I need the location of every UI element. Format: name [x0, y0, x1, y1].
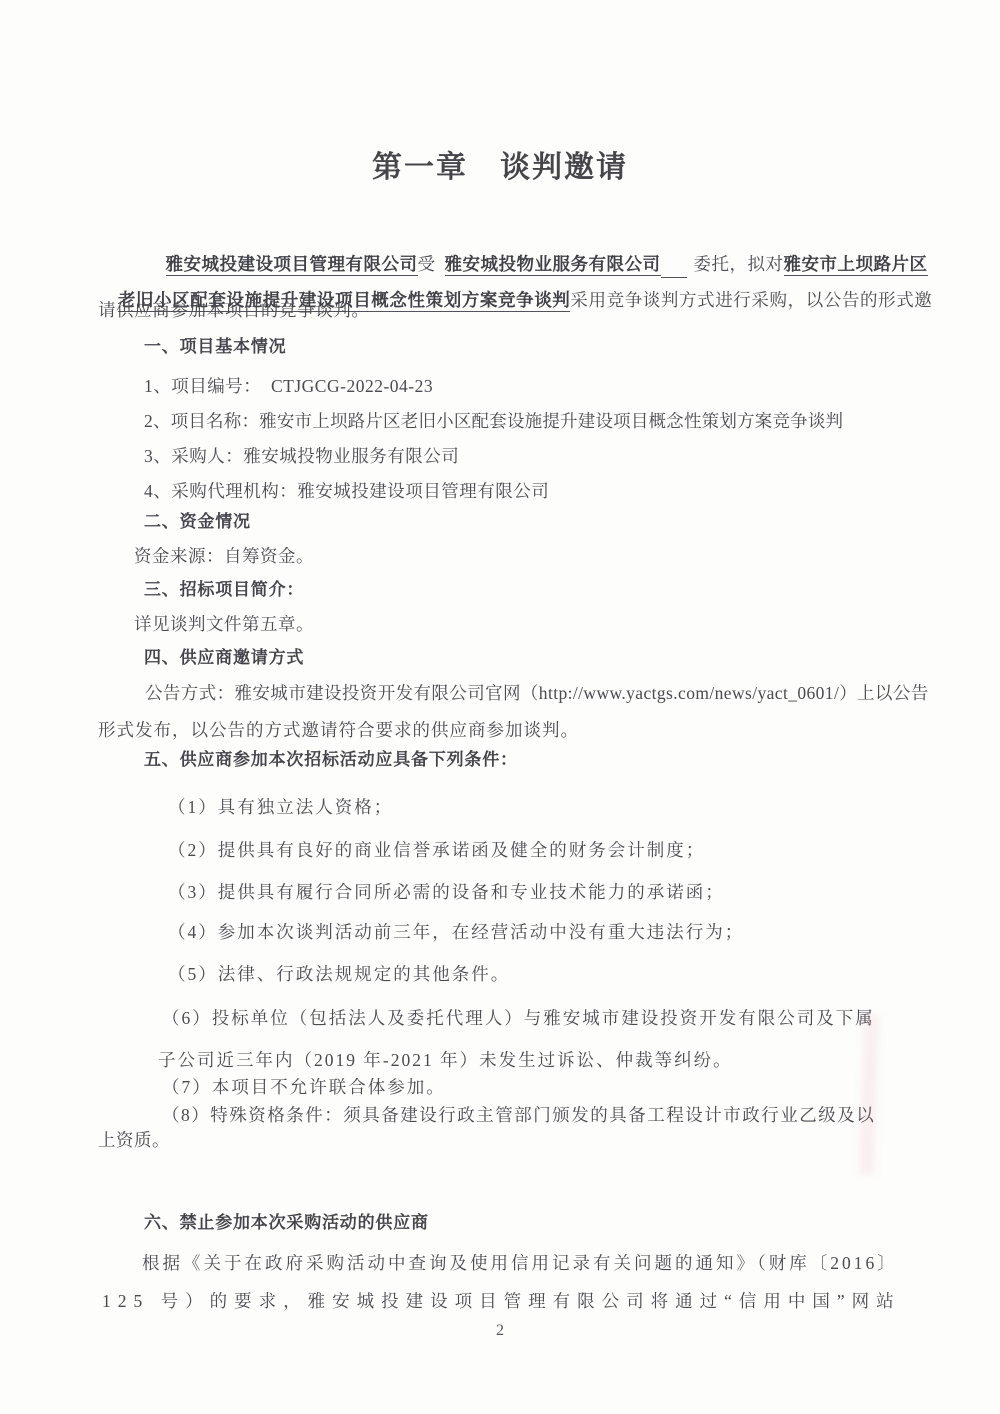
condition-2: （2）提供具有良好的商业信誉承诺函及健全的财务会计制度；	[168, 838, 705, 862]
item-project-name: 2、项目名称：雅安市上坝路片区老旧小区配套设施提升建设项目概念性策划方案竞争谈判	[144, 409, 843, 433]
funding-source: 资金来源：自筹资金。	[134, 544, 314, 568]
condition-8-line-2: 上资质。	[98, 1128, 170, 1152]
credit-record-line-2: 125 号）的要求，雅安城投建设项目管理有限公司将通过“信用中国”网站	[102, 1289, 901, 1313]
item-procurement-agency: 4、采购代理机构：雅安城投建设项目管理有限公司	[144, 479, 549, 503]
condition-7: （7）本项目不允许联合体参加。	[162, 1075, 446, 1099]
announcement-method-line-1: 公告方式：雅安城市建设投资开发有限公司官网（http://www.yactgs.…	[145, 681, 929, 705]
announcement-method-line-2: 形式发布，以公告的方式邀请符合要求的供应商参加谈判。	[98, 718, 579, 742]
section-2-heading: 二、资金情况	[144, 510, 251, 534]
section-4-heading: 四、供应商邀请方式	[144, 646, 304, 670]
section-5-heading: 五、供应商参加本次招标活动应具备下列条件：	[144, 748, 518, 772]
project-brief: 详见谈判文件第五章。	[134, 612, 314, 636]
intro-line-3: 请供应商参加本项目的竞争谈判。	[98, 298, 370, 322]
condition-8-line-1: （8）特殊资格条件：须具备建设行政主管部门颁发的具备工程设计市政行业乙级及以	[162, 1103, 875, 1127]
item-purchaser: 3、采购人：雅安城投物业服务有限公司	[144, 444, 459, 468]
condition-5: （5）法律、行政法规规定的其他条件。	[168, 962, 510, 986]
intro-method-text: 采用竞争谈判方式进行采购，以公告的形式邀	[570, 290, 932, 310]
condition-3: （3）提供具有履行合同所必需的设备和专业技术能力的承诺函；	[168, 880, 725, 904]
page-title: 第一章 谈判邀请	[0, 148, 1000, 188]
section-1-heading: 一、项目基本情况	[144, 335, 286, 359]
section-3-heading: 三、招标项目简介：	[144, 578, 304, 602]
item-project-number: 1、项目编号： CTJGCG-2022-04-23	[144, 374, 433, 398]
section-6-heading: 六、禁止参加本次采购活动的供应商	[144, 1211, 429, 1235]
credit-record-line-1: 根据《关于在政府采购活动中查询及使用信用记录有关问题的通知》（财库〔2016〕	[142, 1251, 898, 1275]
condition-6-line-2: 子公司近三年内（2019 年-2021 年）未发生过诉讼、仲裁等纠纷。	[158, 1048, 733, 1072]
condition-6-line-1: （6）投标单位（包括法人及委托代理人）与雅安城市建设投资开发有限公司及下属	[162, 1006, 875, 1030]
scan-artifact	[859, 1015, 879, 1175]
condition-1: （1）具有独立法人资格；	[168, 795, 393, 819]
document-page: 第一章 谈判邀请 雅安城投建设项目管理有限公司受雅安城投物业服务有限公司 委托，…	[0, 0, 1000, 1414]
condition-4: （4）参加本次谈判活动前三年，在经营活动中没有重大违法行为；	[168, 920, 744, 944]
page-number: 2	[0, 1319, 1000, 1343]
